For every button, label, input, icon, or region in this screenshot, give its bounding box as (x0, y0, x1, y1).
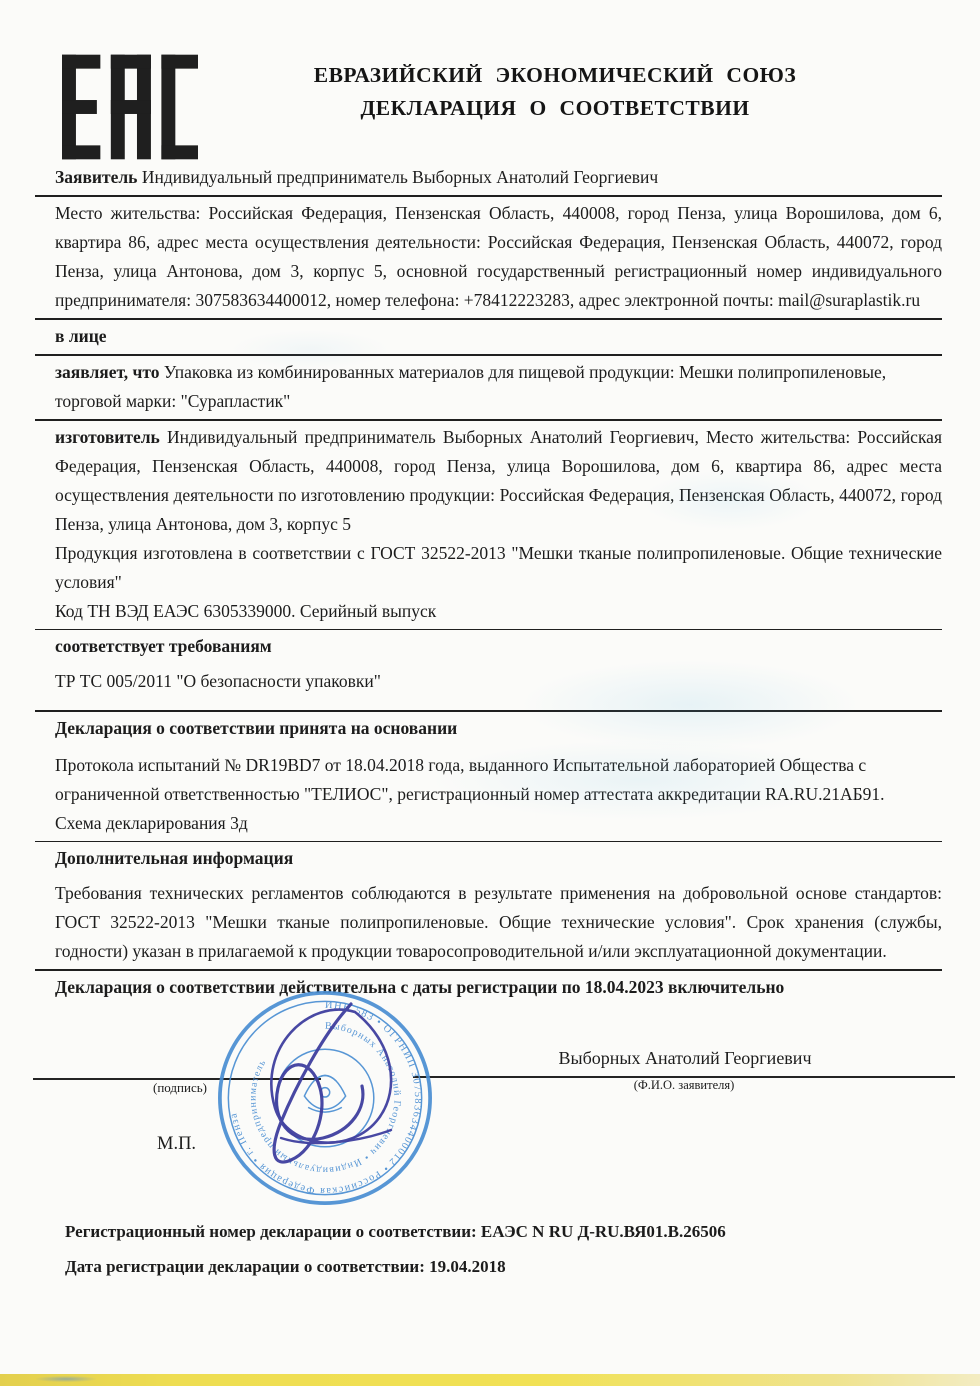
basis-paragraph: Протокола испытаний № DR19BD7 от 18.04.2… (55, 751, 942, 809)
complies-value: ТР ТС 005/2011 "О безопасности упаковки" (55, 667, 942, 696)
registration-date-line: Дата регистрации декларации о соответств… (65, 1257, 942, 1277)
complies-heading: соответствует требованиям (55, 632, 942, 661)
divider (35, 629, 942, 630)
registration-number-line: Регистрационный номер декларации о соотв… (65, 1222, 942, 1242)
signature-caption: (подпись) (153, 1080, 207, 1096)
tnved-line: Код ТН ВЭД ЕАЭС 6305339000. Серийный вып… (55, 597, 942, 626)
in-person-label: в лице (55, 322, 942, 351)
basis-heading: Декларация о соответствии принята на осн… (55, 714, 942, 743)
applicant-row: Заявитель Индивидуальный предприниматель… (55, 163, 942, 192)
seal-place-note: М.П. (157, 1134, 196, 1155)
scheme-line: Схема декларирования 3д (55, 809, 942, 838)
divider (35, 969, 942, 971)
additional-heading: Дополнительная информация (55, 844, 942, 873)
bottom-scan-strip (0, 1374, 980, 1386)
header-doc-title: ДЕКЛАРАЦИЯ О СООТВЕТСТВИИ (225, 92, 885, 125)
handwritten-signature (223, 990, 433, 1190)
additional-paragraph: Требования технических регламентов соблю… (55, 879, 942, 966)
document-header: ЕВРАЗИЙСКИЙ ЭКОНОМИЧЕСКИЙ СОЮЗ ДЕКЛАРАЦИ… (225, 59, 885, 125)
fio-caption: (Ф.И.О. заявителя) (413, 1078, 955, 1093)
residence-paragraph: Место жительства: Российская Федерация, … (55, 199, 942, 315)
applicant-fio-name: Выборных Анатолий Георгиевич (415, 1048, 955, 1069)
declares-value: Упаковка из комбинированных материалов д… (55, 362, 886, 411)
divider (35, 354, 942, 356)
declares-label: заявляет, что (55, 362, 160, 382)
signature-area: (подпись) Выборных Анатолий Георгиевич (… (55, 1008, 942, 1196)
declaration-page: ЕВРАЗИЙСКИЙ ЭКОНОМИЧЕСКИЙ СОЮЗ ДЕКЛАРАЦИ… (0, 0, 980, 1386)
validity-line: Декларация о соответствии действительна … (55, 973, 942, 1002)
eac-logo-icon (62, 48, 198, 166)
manufacturer-value: Индивидуальный предприниматель Выборных … (55, 427, 942, 534)
applicant-label: Заявитель (55, 167, 137, 187)
divider (35, 841, 942, 842)
divider (35, 419, 942, 421)
manufacturer-label: изготовитель (55, 427, 160, 447)
header-union-name: ЕВРАЗИЙСКИЙ ЭКОНОМИЧЕСКИЙ СОЮЗ (225, 59, 885, 92)
production-paragraph: Продукция изготовлена в соответствии с Г… (55, 539, 942, 597)
divider (35, 195, 942, 197)
divider (35, 710, 942, 712)
applicant-value: Индивидуальный предприниматель Выборных … (142, 167, 658, 187)
manufacturer-paragraph: изготовитель Индивидуальный предпринимат… (55, 423, 942, 539)
declares-paragraph: заявляет, что Упаковка из комбинированны… (55, 358, 942, 416)
divider (35, 318, 942, 320)
